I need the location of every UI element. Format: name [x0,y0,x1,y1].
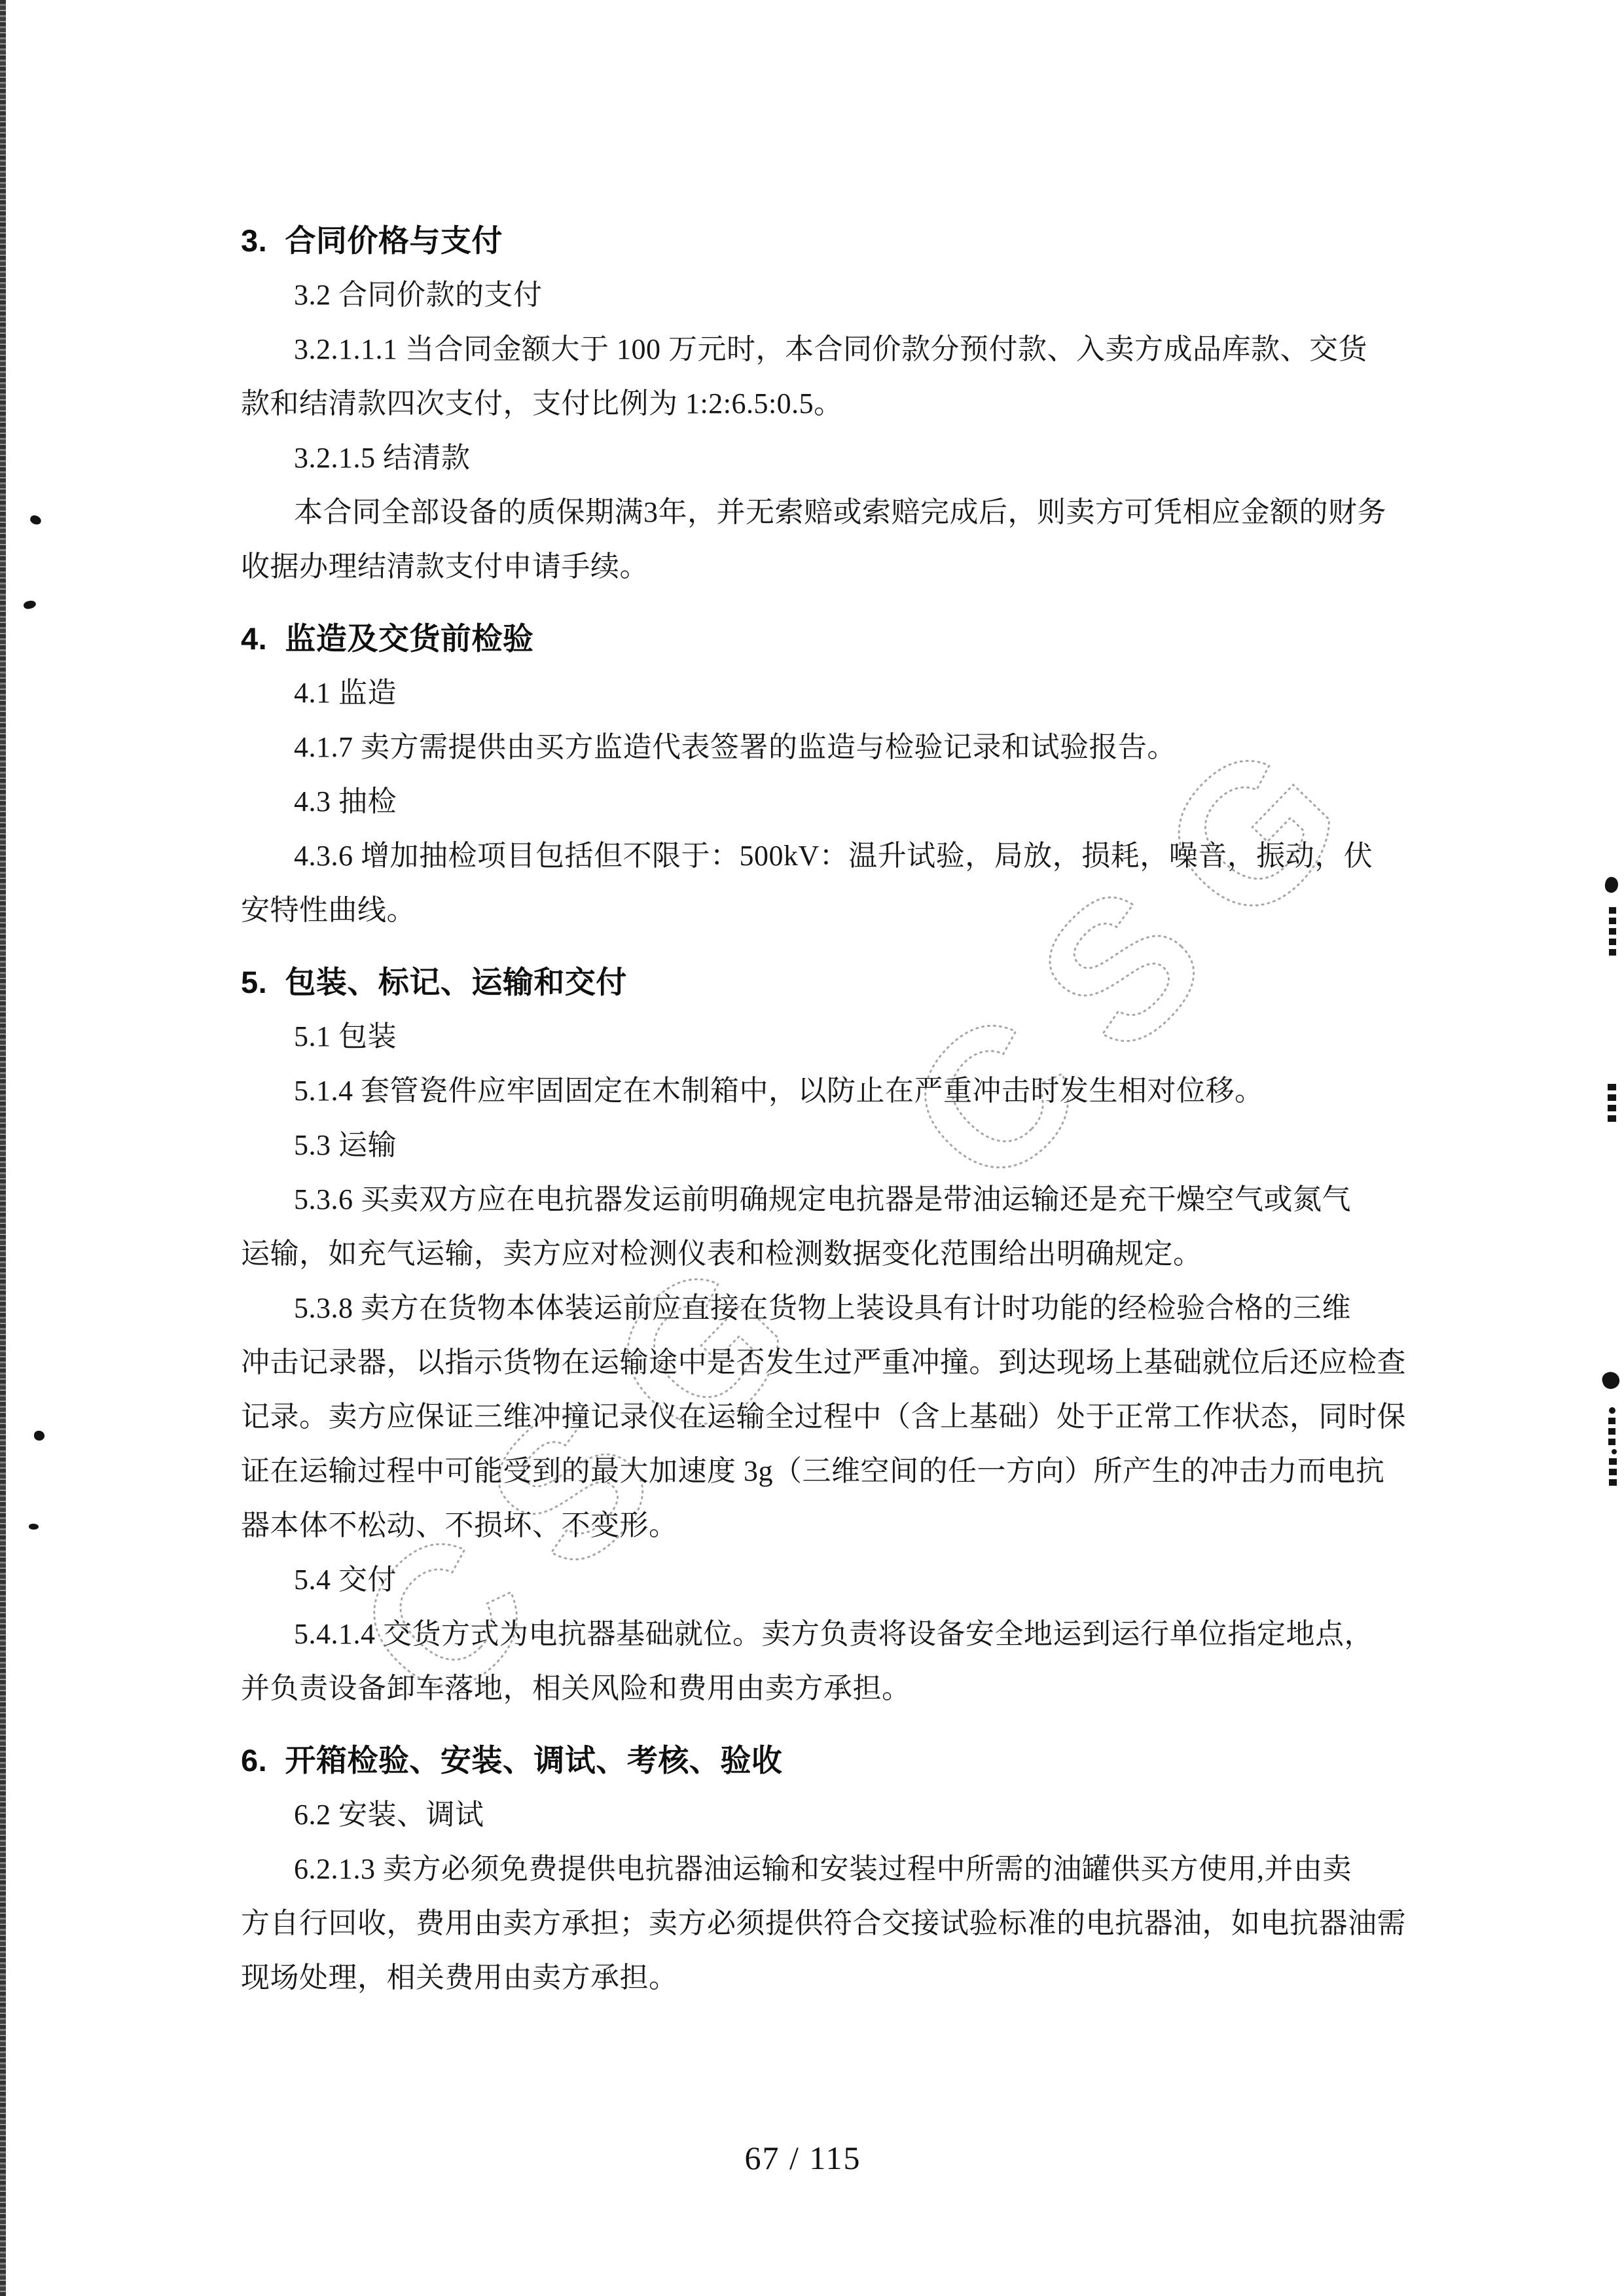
clause-line: 冲击记录器，以指示货物在运输途中是否发生过严重冲撞。到达现场上基础就位后还应检查 [241,1335,1403,1390]
clause-line: 运输，如充气运输，卖方应对检测仪表和检测数据变化范围给出明确规定。 [241,1227,1403,1281]
clause-line: 4.1.7 卖方需提供由买方监造代表签署的监造与检验记录和试验报告。 [241,720,1403,774]
clause-line: 6.2.1.3 卖方必须免费提供电抗器油运输和安装过程中所需的油罐供买方使用,并… [241,1842,1403,1896]
document-body: 3. 合同价格与支付3.2 合同价款的支付3.2.1.1.1 当合同金额大于 1… [241,213,1403,2005]
clause-line: 5.1.4 套管瓷件应牢固固定在木制箱中，以防止在严重冲击时发生相对位移。 [241,1064,1403,1118]
section-heading: 6. 开箱检验、安装、调试、考核、验收 [241,1733,1403,1787]
clause-line: 3.2.1.1.1 当合同金额大于 100 万元时，本合同价款分预付款、入卖方成… [241,322,1403,376]
scanned-contract-page: CSG CSG 3. 合同价格与支付3.2 合同价款的支付3.2.1.1.1 当… [0,0,1624,2296]
clause-line: 5.3 运输 [241,1118,1403,1172]
clause-line: 收据办理结清款支付申请手续。 [241,539,1403,594]
page-number: 67 / 115 [0,2139,1615,2177]
scan-artifact [1609,1407,1615,1414]
clause-line: 6.2 安装、调试 [241,1787,1403,1842]
scan-artifact [1604,876,1620,894]
clause-line: 4.3 抽检 [241,774,1403,829]
clause-line: 4.1 监造 [241,666,1403,720]
clause-line: 4.3.6 增加抽检项目包括但不限于：500kV：温升试验，局放，损耗，噪音，振… [241,829,1403,883]
scan-speck [34,1431,45,1441]
clause-line: 器本体不松动、不损坏、不变形。 [241,1498,1403,1552]
clause-line: 5.3.6 买卖双方应在电抗器发运前明确规定电抗器是带油运输还是充干燥空气或氮气 [241,1172,1403,1227]
scan-edge-strip [0,0,6,2296]
scan-speck [29,1524,39,1530]
scan-artifact [1600,1370,1622,1391]
clause-line: 5.4.1.4 交货方式为电抗器基础就位。卖方负责将设备安全地运到运行单位指定地… [241,1607,1403,1661]
scan-speck [29,514,42,526]
clause-line: 3.2 合同价款的支付 [241,268,1403,322]
clause-line: 5.4 交付 [241,1552,1403,1607]
clause-line: 方自行回收，费用由卖方承担；卖方必须提供符合交接试验标准的电抗器油，如电抗器油需 [241,1896,1403,1950]
scan-artifact [1612,1449,1617,1454]
clause-line: 5.1 包装 [241,1009,1403,1064]
clause-line: 记录。卖方应保证三维冲撞记录仪在运输全过程中（含上基础）处于正常工作状态，同时保 [241,1390,1403,1444]
scan-artifact [1609,1458,1617,1490]
scan-artifact [1608,1084,1616,1123]
clause-line: 现场处理，相关费用由卖方承担。 [241,1950,1403,2005]
scan-speck [23,600,37,611]
clause-line: 安特性曲线。 [241,883,1403,937]
section-heading: 5. 包装、标记、运输和交付 [241,955,1403,1009]
section-heading: 4. 监造及交货前检验 [241,611,1403,666]
clause-line: 并负责设备卸车落地，相关风险和费用由卖方承担。 [241,1661,1403,1715]
clause-line: 款和结清款四次支付，支付比例为 1:2:6.5:0.5。 [241,376,1403,431]
scan-artifact [1609,907,1616,960]
scan-artifact [1608,1418,1615,1446]
clause-line: 5.3.8 卖方在货物本体装运前应直接在货物上装设具有计时功能的经检验合格的三维 [241,1281,1403,1335]
clause-line: 证在运输过程中可能受到的最大加速度 3g（三维空间的任一方向）所产生的冲击力而电… [241,1444,1403,1498]
clause-line: 本合同全部设备的质保期满3年，并无索赔或索赔完成后，则卖方可凭相应金额的财务 [241,485,1403,539]
section-heading: 3. 合同价格与支付 [241,213,1403,268]
clause-line: 3.2.1.5 结清款 [241,431,1403,485]
